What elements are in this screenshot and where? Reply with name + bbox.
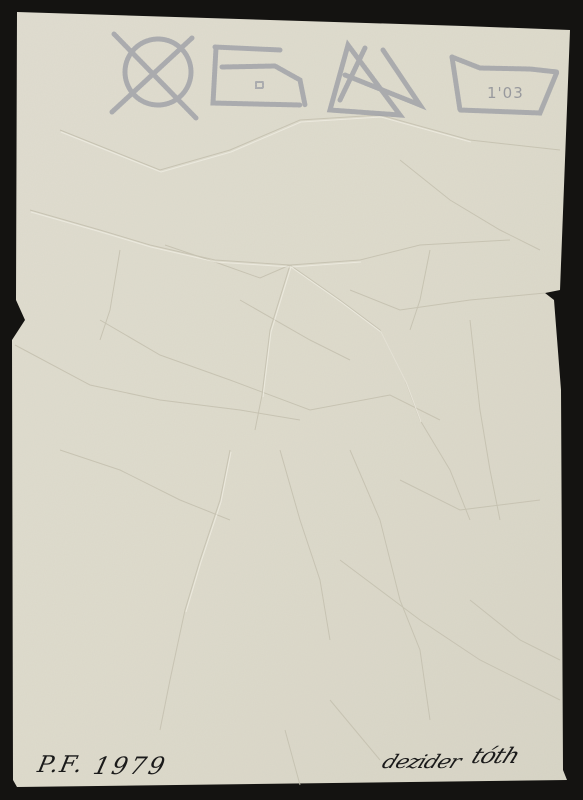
year-inscription: 1979 <box>91 752 171 780</box>
paper-sheet <box>0 0 583 800</box>
scan-stage: 1'03 P.F. 1979 dezider tóth <box>0 0 583 800</box>
pf-inscription: P.F. <box>35 752 86 778</box>
signature-first-name: dezider <box>379 752 464 773</box>
flag-inscription: 1'03 <box>487 84 524 102</box>
